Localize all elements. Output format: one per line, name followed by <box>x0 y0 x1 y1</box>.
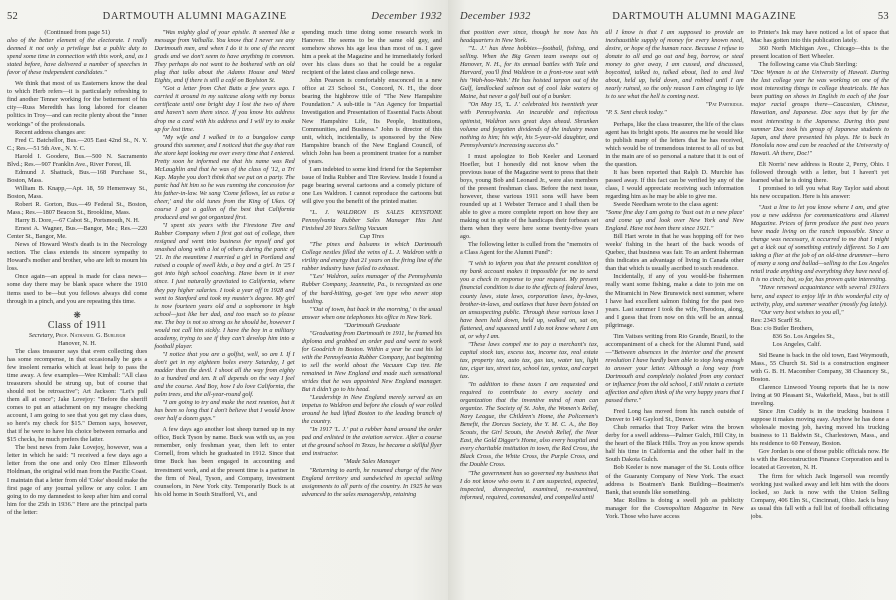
quote-paragraph: "'Les' Waldron, sales manager of the Pen… <box>302 273 442 305</box>
magazine-spread: 52 DARTMOUTH ALUMNI MAGAZINE December 19… <box>0 0 896 600</box>
business-address-line: Los Angeles, Calif. <box>751 341 889 349</box>
quote-paragraph: "Leadership in New England merely served… <box>302 394 442 426</box>
paragraph: Fred Long has moved from his ranch outsi… <box>605 408 743 424</box>
postscript: "P. S. Sent check today." <box>605 109 743 117</box>
paragraph: The firm for which Jack Ingersoll was re… <box>751 473 889 521</box>
class-heading: Class of 1911 <box>7 322 147 330</box>
paragraph: The best news from Jake Lovejoy, however… <box>7 444 147 516</box>
paragraph: Since Jim Cuddy is in the trucking busin… <box>751 408 889 448</box>
paragraph: 360 North Michigan Ave., Chicago—this is… <box>751 45 889 61</box>
quote: "Between absences in the interior and th… <box>605 349 743 404</box>
paragraph: The class treasurer says that even colle… <box>7 348 147 445</box>
column-2: all I know is that I am supposed to prov… <box>605 29 743 594</box>
continued-note: (Continued from page 51) <box>7 29 147 37</box>
subheading: "Dartmouth Graduate <box>302 322 442 330</box>
paragraph: to Printer's Ink may have noticed a lot … <box>751 29 889 45</box>
page-number: 52 <box>7 11 18 22</box>
address-entry: Ernest A. Wagner, Bus.—Bangor, Me.; Res.… <box>7 225 147 241</box>
address-entry: Edmund J. Shattuck, Bus.—168 Purchase St… <box>7 169 147 185</box>
quote-paragraph: "Returning to earth, he resumed charge o… <box>302 467 442 499</box>
paragraph: I am indebted to some kind friend for th… <box>302 166 442 206</box>
page-number: 53 <box>878 11 889 22</box>
quote-paragraph: "Doc Wyman is at the University of Hawai… <box>751 69 889 158</box>
quote-paragraph: that position ever since, though he now … <box>460 29 598 45</box>
column-3: spending much time doing some research w… <box>302 29 442 594</box>
letter-paragraph: "Just a line to let you know where I am,… <box>751 204 889 284</box>
quote-paragraph: "The pines and balsams in which Dartmout… <box>302 241 442 273</box>
columns: that position ever since, though he now … <box>460 29 889 594</box>
letter-paragraph: "I wish to inform you that the present c… <box>460 260 598 340</box>
issue-date: December 1932 <box>460 11 531 22</box>
quote-paragraph: "'Out of town, but back in the morning,'… <box>302 306 442 322</box>
paragraph: Bill Hart wrote in that he was hopping o… <box>605 233 743 273</box>
letter-paragraph: "Have renewed acquaintance with several … <box>751 284 889 308</box>
letter-paragraph: all I know is that I am supposed to prov… <box>605 29 743 101</box>
letter-paragraph: "My wife and I walked in to a bungalow c… <box>154 134 294 223</box>
business-address: Bus: c/o Butler Brothers, <box>751 325 889 333</box>
column-1: that position ever since, though he now … <box>460 29 598 594</box>
page-53: December 1932 DARTMOUTH ALUMNI MAGAZINE … <box>448 0 896 600</box>
article-headline: "L. J. WALDRON IS SALES KEYSTONE Pennsyl… <box>302 209 442 233</box>
subheading: "Made Sales Manager <box>302 458 442 466</box>
paragraph: Perhaps, like the class treasurer, the l… <box>605 121 743 169</box>
paragraph: Gov Jordan is one of those public offici… <box>751 448 889 472</box>
paragraph: Once again—an appeal is made for class n… <box>7 273 147 305</box>
letter-paragraph: "Was mighty glad of your epistle. It see… <box>154 29 294 85</box>
paragraph: Elt Norris' new address is Route 2, Perr… <box>751 161 889 185</box>
letter-paragraph: "These laws compel me to pay a merchant'… <box>460 341 598 381</box>
secretary-name: Prof. Nathaniel G. Burleigh <box>56 332 126 339</box>
letter-paragraph: "Got a letter from Chet Butts a few year… <box>154 85 294 133</box>
paragraph: A few days ago another lost sheep turned… <box>154 426 294 498</box>
running-head: 52 DARTMOUTH ALUMNI MAGAZINE December 19… <box>7 0 442 22</box>
paragraph: also of the better element of the electo… <box>7 37 147 77</box>
quote-paragraph: "In 1917 'L. J.' put a rubber band aroun… <box>302 426 442 458</box>
secretary-address: Hanover, N. H. <box>7 340 147 348</box>
paragraph: Sid Beane is back in the old town, East … <box>751 352 889 384</box>
residence-address: Res: 2343 Scarff St. <box>751 317 889 325</box>
column-3: to Printer's Ink may have noticed a lot … <box>751 29 889 594</box>
paragraph: I promised to tell you what Ray Taylor s… <box>751 185 889 201</box>
magazine-title: DARTMOUTH ALUMNI MAGAZINE <box>612 11 796 22</box>
business-address-line: 836 So. Los Angeles St., <box>751 333 889 341</box>
column-2: "Was mighty glad of your epistle. It see… <box>154 29 294 594</box>
column-1: (Continued from page 51) also of the bet… <box>7 29 147 594</box>
issue-date: December 1932 <box>371 11 442 22</box>
paragraph: John Pearson is comfortably ensconced in… <box>302 77 442 166</box>
quote-paragraph: "'L. J.' has three hobbies—football, fis… <box>460 45 598 101</box>
paragraph: The following came via Chub Sterling: <box>751 61 889 69</box>
paragraph: We think that most of us Easterners know… <box>7 80 147 128</box>
paragraph: Swede Needham wrote to the class agent: <box>605 201 743 209</box>
letter-paragraph: "Our very best wishes to you all," <box>751 309 889 317</box>
letter-paragraph: "I notice that you are a golfist, well, … <box>154 351 294 399</box>
article-headline-end: Cup Tires <box>302 233 442 241</box>
quote-paragraph: "On May 15, 'L. J.' celebrated his twent… <box>460 101 598 149</box>
address-entry: Robert R. Gorton, Bus.—49 Federal St., B… <box>7 201 147 217</box>
paragraph: Recent address changes are: <box>7 129 147 137</box>
letter-paragraph: "The government has so governed my busin… <box>460 470 598 502</box>
page-52: 52 DARTMOUTH ALUMNI MAGAZINE December 19… <box>0 0 448 600</box>
paragraph: I must apologize to Bob Keeler and Leona… <box>460 153 598 242</box>
letter-signature: "Pat Partridge. <box>605 101 743 109</box>
paragraph: spending much time doing some research w… <box>302 29 442 77</box>
columns: (Continued from page 51) also of the bet… <box>7 29 442 594</box>
address-entry: Harold I. Goodere, Bus.—500 N. Sacrament… <box>7 153 147 169</box>
publication-title: Cosmopolitan Magazine <box>654 505 718 512</box>
paragraph: Mac Rollins is doing a swell job as publ… <box>605 497 743 521</box>
address-entry: Fred C. Batchellor, Bus.—205 East 42nd S… <box>7 137 147 153</box>
paragraph: Chub remarks that Troy Parker wins the b… <box>605 424 743 464</box>
paragraph: Clarence Linwood Young reports that he i… <box>751 384 889 408</box>
letter-paragraph: "I am going to try and make the next reu… <box>154 399 294 423</box>
address-entry: William B. Knapp,—Apt. 18, 59 Hemenway S… <box>7 185 147 201</box>
letter-paragraph: "I spent six years with the Firestone Ti… <box>154 222 294 351</box>
paragraph: The following letter is culled from the … <box>460 241 598 257</box>
paragraph: Bob Keeler is now manager of the St. Lou… <box>605 464 743 496</box>
quote-paragraph: "Graduating from Dartmouth in 1911, he f… <box>302 330 442 394</box>
running-head: December 1932 DARTMOUTH ALUMNI MAGAZINE … <box>460 0 889 22</box>
paragraph: News of Howard West's death is in the Ne… <box>7 241 147 273</box>
paragraph: Tim Vaitses writing from Rio Grande, Bra… <box>605 333 743 405</box>
magazine-title: DARTMOUTH ALUMNI MAGAZINE <box>103 11 287 22</box>
letter-paragraph: "In addition to these taxes I am request… <box>460 381 598 470</box>
secretary-line: Secretary, Prof. Nathaniel G. Burleigh <box>7 332 147 340</box>
secretary-label: Secretary, <box>29 332 54 339</box>
address-entry: Harry B. Dore,—67 Cabot St., Portsmouth,… <box>7 217 147 225</box>
paragraph: It has been reported that Ralph D. Murch… <box>605 169 743 201</box>
asterism-ornament-icon: ❋ <box>7 311 147 319</box>
paragraph: Incidentally, if any of you would-be fis… <box>605 273 743 329</box>
quote-paragraph: "Some fine day I am going to 'bust out i… <box>605 209 743 233</box>
